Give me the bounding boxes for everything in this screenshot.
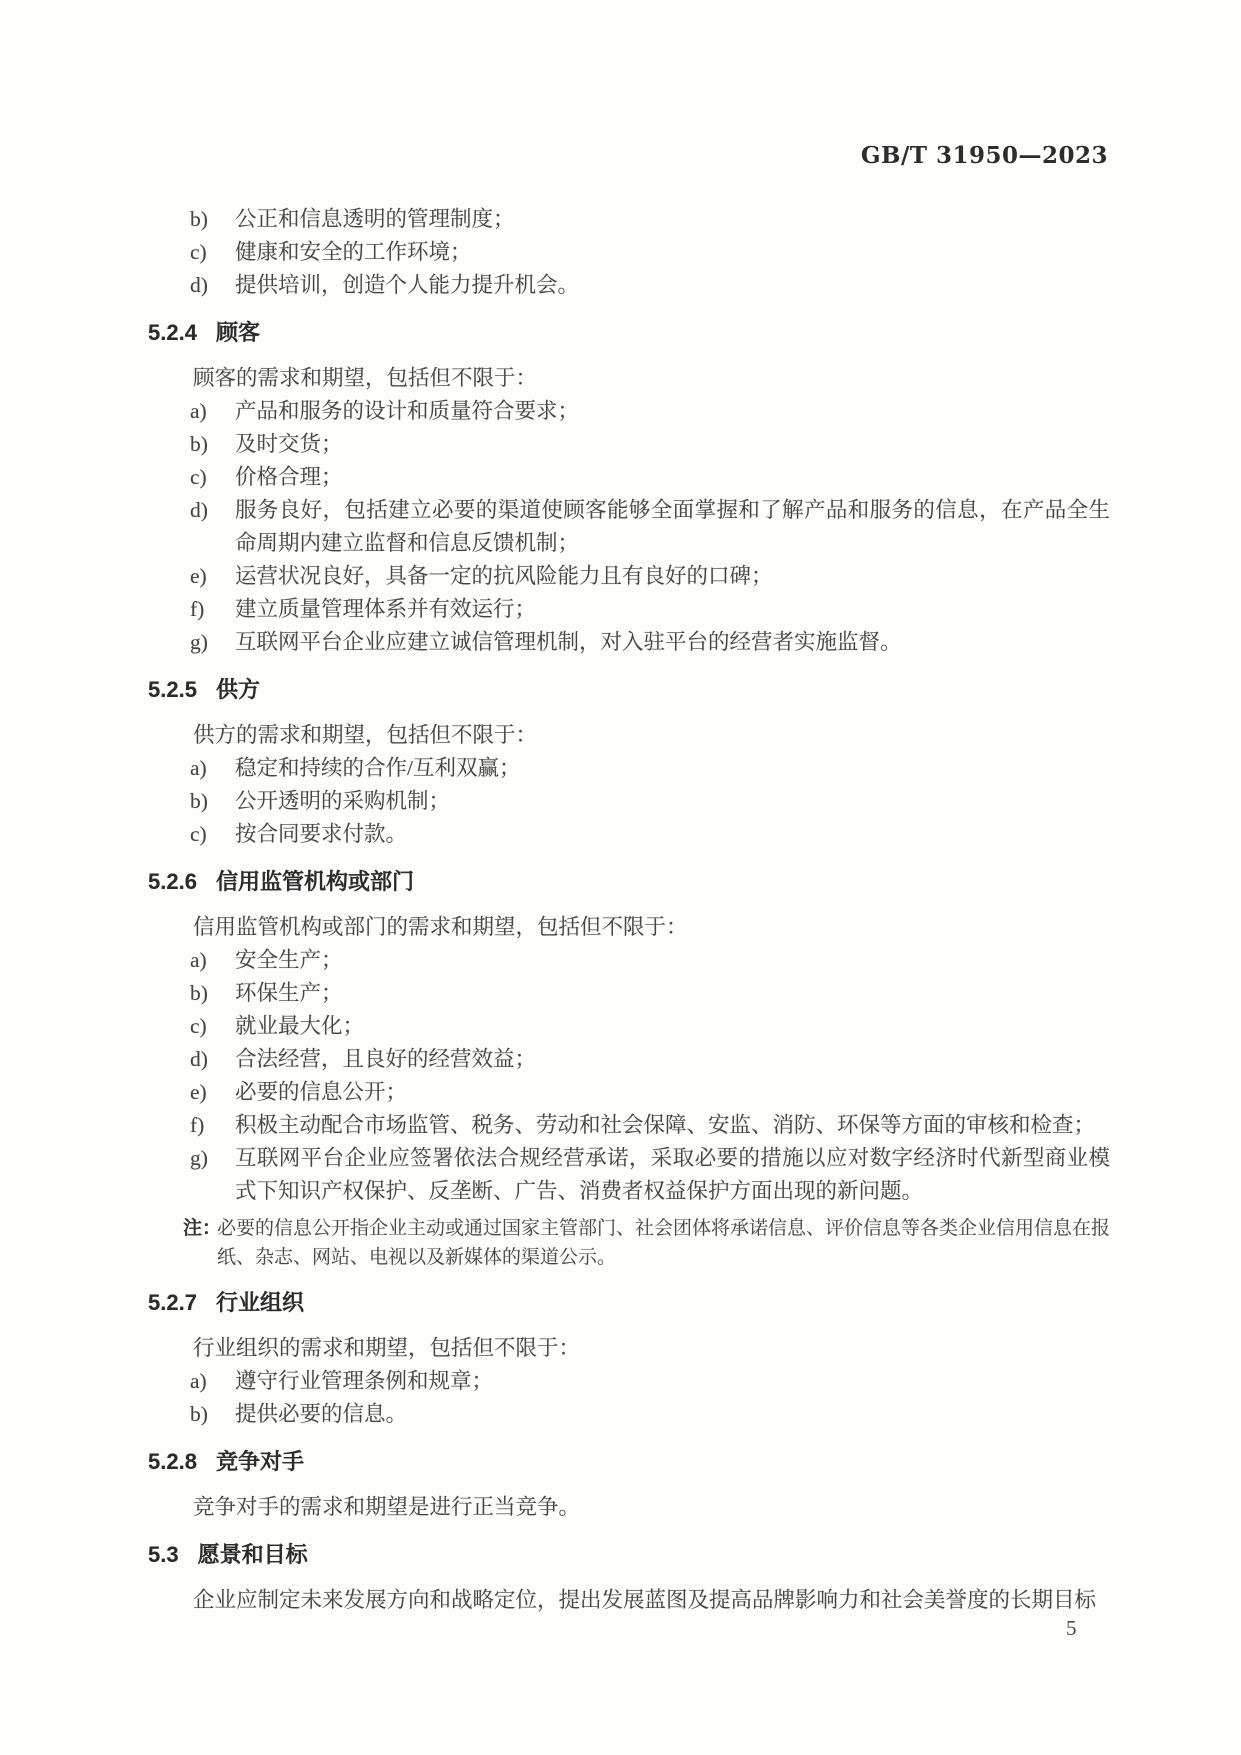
heading-number: 5.2.7 bbox=[148, 1286, 197, 1320]
list-item: d)提供培训，创造个人能力提升机会。 bbox=[190, 269, 1110, 302]
list-item: b)提供必要的信息。 bbox=[190, 1398, 1110, 1431]
heading-number: 5.2.5 bbox=[148, 673, 197, 707]
list-item: f)建立质量管理体系并有效运行； bbox=[190, 593, 1110, 626]
note-label: 注： bbox=[183, 1214, 217, 1272]
body-paragraph: 信用监管机构或部门的需求和期望，包括但不限于： bbox=[148, 911, 1110, 944]
item-label: c) bbox=[190, 461, 235, 494]
item-text: 合法经营，且良好的经营效益； bbox=[235, 1043, 1110, 1076]
list-item: b)公开透明的采购机制； bbox=[190, 785, 1110, 818]
item-label: c) bbox=[190, 818, 235, 851]
list-item: d)合法经营，且良好的经营效益； bbox=[190, 1043, 1110, 1076]
list-item: g)互联网平台企业应建立诚信管理机制，对入驻平台的经营者实施监督。 bbox=[190, 626, 1110, 659]
body-paragraph: 行业组织的需求和期望，包括但不限于： bbox=[148, 1332, 1110, 1365]
item-text: 积极主动配合市场监管、税务、劳动和社会保障、安监、消防、环保等方面的审核和检查； bbox=[235, 1109, 1110, 1142]
body-paragraph: 供方的需求和期望，包括但不限于： bbox=[148, 719, 1110, 752]
list-item: a)稳定和持续的合作/互利双赢； bbox=[190, 752, 1110, 785]
item-text: 按合同要求付款。 bbox=[235, 818, 1110, 851]
list-item: a)安全生产； bbox=[190, 944, 1110, 977]
item-label: d) bbox=[190, 269, 235, 302]
item-text: 服务良好，包括建立必要的渠道使顾客能够全面掌握和了解产品和服务的信息，在产品全生… bbox=[235, 494, 1110, 560]
list-item: e)必要的信息公开； bbox=[190, 1076, 1110, 1109]
item-text: 遵守行业管理条例和规章； bbox=[235, 1365, 1110, 1398]
list: b)公正和信息透明的管理制度；c)健康和安全的工作环境；d)提供培训，创造个人能… bbox=[190, 203, 1110, 302]
list: a)遵守行业管理条例和规章；b)提供必要的信息。 bbox=[190, 1365, 1110, 1431]
item-text: 价格合理； bbox=[235, 461, 1110, 494]
section-heading: 5.2.7行业组织 bbox=[148, 1286, 1110, 1320]
item-label: c) bbox=[190, 236, 235, 269]
item-label: b) bbox=[190, 428, 235, 461]
heading-number: 5.3 bbox=[148, 1538, 179, 1572]
list: a)安全生产；b)环保生产；c)就业最大化；d)合法经营，且良好的经营效益；e)… bbox=[190, 944, 1110, 1208]
section-heading: 5.2.8竞争对手 bbox=[148, 1445, 1110, 1479]
item-label: a) bbox=[190, 752, 235, 785]
item-text: 健康和安全的工作环境； bbox=[235, 236, 1110, 269]
item-text: 提供必要的信息。 bbox=[235, 1398, 1110, 1431]
section-heading: 5.3愿景和目标 bbox=[148, 1538, 1110, 1572]
item-label: b) bbox=[190, 1398, 235, 1431]
body-paragraph: 企业应制定未来发展方向和战略定位，提出发展蓝图及提高品牌影响力和社会美誉度的长期… bbox=[148, 1584, 1110, 1617]
item-text: 建立质量管理体系并有效运行； bbox=[235, 593, 1110, 626]
heading-number: 5.2.6 bbox=[148, 865, 197, 899]
body-paragraph: 竞争对手的需求和期望是进行正当竞争。 bbox=[148, 1491, 1110, 1524]
item-label: a) bbox=[190, 395, 235, 428]
item-text: 运营状况良好，具备一定的抗风险能力且有良好的口碑； bbox=[235, 560, 1110, 593]
item-text: 互联网平台企业应建立诚信管理机制，对入驻平台的经营者实施监督。 bbox=[235, 626, 1110, 659]
list-item: f)积极主动配合市场监管、税务、劳动和社会保障、安监、消防、环保等方面的审核和检… bbox=[190, 1109, 1110, 1142]
heading-title: 供方 bbox=[216, 673, 260, 707]
list-item: a)产品和服务的设计和质量符合要求； bbox=[190, 395, 1110, 428]
item-label: b) bbox=[190, 785, 235, 818]
item-label: c) bbox=[190, 1010, 235, 1043]
list: a)产品和服务的设计和质量符合要求；b)及时交货；c)价格合理；d)服务良好，包… bbox=[190, 395, 1110, 659]
item-label: g) bbox=[190, 626, 235, 659]
list-item: a)遵守行业管理条例和规章； bbox=[190, 1365, 1110, 1398]
item-text: 公正和信息透明的管理制度； bbox=[235, 203, 1110, 236]
list-item: d)服务良好，包括建立必要的渠道使顾客能够全面掌握和了解产品和服务的信息，在产品… bbox=[190, 494, 1110, 560]
item-label: b) bbox=[190, 203, 235, 236]
item-text: 必要的信息公开； bbox=[235, 1076, 1110, 1109]
section-heading: 5.2.5供方 bbox=[148, 673, 1110, 707]
item-label: f) bbox=[190, 1109, 235, 1142]
note-text: 必要的信息公开指企业主动或通过国家主管部门、社会团体将承诺信息、评价信息等各类企… bbox=[217, 1214, 1110, 1272]
page-number: 5 bbox=[1066, 1616, 1077, 1641]
item-text: 安全生产； bbox=[235, 944, 1110, 977]
list-item: e)运营状况良好，具备一定的抗风险能力且有良好的口碑； bbox=[190, 560, 1110, 593]
list-item: c)按合同要求付款。 bbox=[190, 818, 1110, 851]
heading-number: 5.2.4 bbox=[148, 316, 197, 350]
item-text: 稳定和持续的合作/互利双赢； bbox=[235, 752, 1110, 785]
heading-title: 竞争对手 bbox=[216, 1445, 304, 1479]
item-label: d) bbox=[190, 1043, 235, 1076]
document-content: b)公正和信息透明的管理制度；c)健康和安全的工作环境；d)提供培训，创造个人能… bbox=[148, 203, 1110, 1617]
item-label: a) bbox=[190, 1365, 235, 1398]
list-item: c)价格合理； bbox=[190, 461, 1110, 494]
doc-number: GB/T 31950—2023 bbox=[861, 142, 1108, 169]
list-item: b)环保生产； bbox=[190, 977, 1110, 1010]
item-label: e) bbox=[190, 1076, 235, 1109]
list: a)稳定和持续的合作/互利双赢；b)公开透明的采购机制；c)按合同要求付款。 bbox=[190, 752, 1110, 851]
heading-title: 顾客 bbox=[216, 316, 260, 350]
list-item: c)就业最大化； bbox=[190, 1010, 1110, 1043]
item-text: 提供培训，创造个人能力提升机会。 bbox=[235, 269, 1110, 302]
heading-title: 行业组织 bbox=[216, 1286, 304, 1320]
item-label: b) bbox=[190, 977, 235, 1010]
item-label: g) bbox=[190, 1142, 235, 1208]
body-paragraph: 顾客的需求和期望，包括但不限于： bbox=[148, 362, 1110, 395]
item-text: 产品和服务的设计和质量符合要求； bbox=[235, 395, 1110, 428]
list-item: b)及时交货； bbox=[190, 428, 1110, 461]
list-item: b)公正和信息透明的管理制度； bbox=[190, 203, 1110, 236]
item-label: f) bbox=[190, 593, 235, 626]
document-page: GB/T 31950—2023 b)公正和信息透明的管理制度；c)健康和安全的工… bbox=[0, 0, 1241, 1755]
item-text: 就业最大化； bbox=[235, 1010, 1110, 1043]
item-text: 环保生产； bbox=[235, 977, 1110, 1010]
item-label: d) bbox=[190, 494, 235, 560]
note: 注：必要的信息公开指企业主动或通过国家主管部门、社会团体将承诺信息、评价信息等各… bbox=[183, 1214, 1110, 1272]
item-label: e) bbox=[190, 560, 235, 593]
heading-title: 信用监管机构或部门 bbox=[216, 865, 414, 899]
heading-number: 5.2.8 bbox=[148, 1445, 197, 1479]
heading-title: 愿景和目标 bbox=[198, 1538, 308, 1572]
item-text: 互联网平台企业应签署依法合规经营承诺，采取必要的措施以应对数字经济时代新型商业模… bbox=[235, 1142, 1110, 1208]
list-item: g)互联网平台企业应签署依法合规经营承诺，采取必要的措施以应对数字经济时代新型商… bbox=[190, 1142, 1110, 1208]
section-heading: 5.2.4顾客 bbox=[148, 316, 1110, 350]
item-text: 及时交货； bbox=[235, 428, 1110, 461]
item-text: 公开透明的采购机制； bbox=[235, 785, 1110, 818]
section-heading: 5.2.6信用监管机构或部门 bbox=[148, 865, 1110, 899]
item-label: a) bbox=[190, 944, 235, 977]
list-item: c)健康和安全的工作环境； bbox=[190, 236, 1110, 269]
